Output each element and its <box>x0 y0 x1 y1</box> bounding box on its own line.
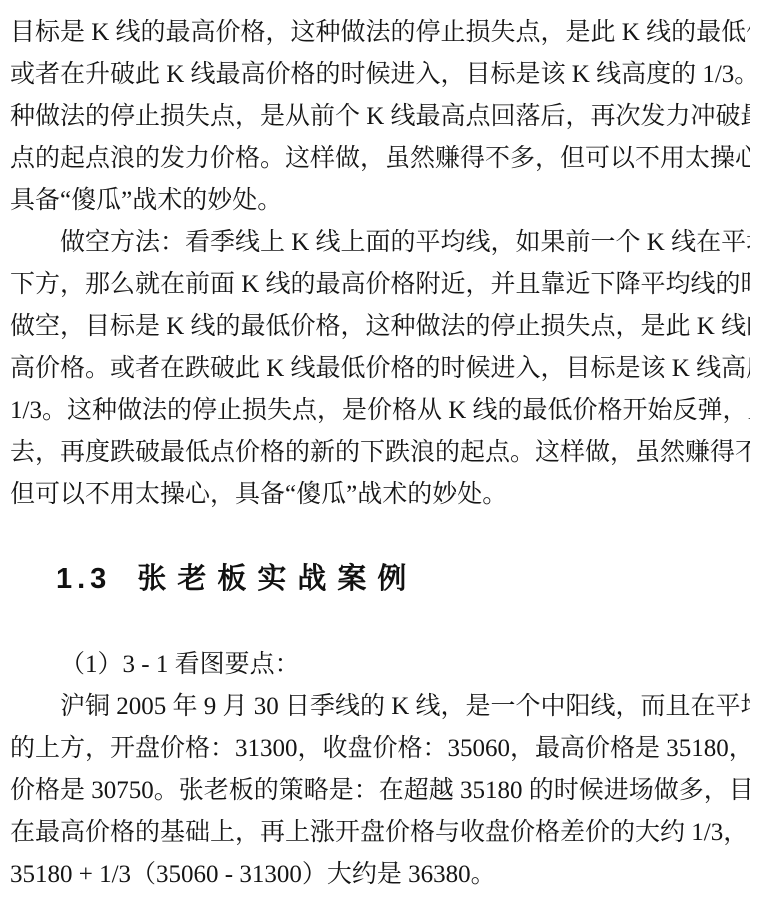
text-line: 去，再度跌破最低点价格的新的下跌浪的起点。这样做，虽然赚得不多， <box>10 432 750 474</box>
text-line: 但可以不用太操心，具备“傻瓜”战术的妙处。 <box>10 474 750 516</box>
text-line: 1/3。这种做法的停止损失点，是价格从 K 线的最低价格开始反弹，上不 <box>10 390 750 432</box>
text-line: 35180 + 1/3（35060 - 31300）大约是 36380。 <box>10 854 750 896</box>
text-line: 在最高价格的基础上，再上涨开盘价格与收盘价格差价的大约 1/3，即： <box>10 812 750 854</box>
text-line: 高价格。或者在跌破此 K 线最低价格的时候进入，目标是该 K 线高度的 <box>10 348 750 390</box>
text-line: 做空，目标是 K 线的最低价格，这种做法的停止损失点，是此 K 线的最 <box>10 306 750 348</box>
section-number: 1.3 <box>56 563 111 595</box>
paragraph-case-detail: 沪铜 2005 年 9 月 30 日季线的 K 线，是一个中阳线，而且在平均线的… <box>10 686 750 896</box>
text-line: 做空方法：看季线上 K 线上面的平均线，如果前一个 K 线在平均线 <box>10 222 750 264</box>
text-line: 价格是 30750。张老板的策略是：在超越 35180 的时候进场做多，目标是 <box>10 770 750 812</box>
text-line: 目标是 K 线的最高价格，这种做法的停止损失点，是此 K 线的最低价格。 <box>10 12 750 54</box>
text-line: 具备“傻瓜”战术的妙处。 <box>10 180 750 222</box>
text-line: 点的起点浪的发力价格。这样做，虽然赚得不多，但可以不用太操心， <box>10 138 750 180</box>
book-page: 目标是 K 线的最高价格，这种做法的停止损失点，是此 K 线的最低价格。或者在升… <box>0 0 758 898</box>
section-title: 张老板实战案例 <box>137 563 417 595</box>
case-item-label: （1）3 - 1 看图要点： <box>10 644 750 686</box>
text-line: 的上方，开盘价格：31300，收盘价格：35060，最高价格是 35180，最低 <box>10 728 750 770</box>
text-line: 或者在升破此 K 线最高价格的时候进入，目标是该 K 线高度的 1/3。这 <box>10 54 750 96</box>
paragraph-short-method: 做空方法：看季线上 K 线上面的平均线，如果前一个 K 线在平均线下方，那么就在… <box>10 222 750 516</box>
text-line: 下方，那么就在前面 K 线的最高价格附近，并且靠近下降平均线的时候 <box>10 264 750 306</box>
paragraph-long-method-continuation: 目标是 K 线的最高价格，这种做法的停止损失点，是此 K 线的最低价格。或者在升… <box>10 12 750 222</box>
section-heading: 1.3张老板实战案例 <box>56 560 750 598</box>
text-line: 种做法的停止损失点，是从前个 K 线最高点回落后，再次发力冲破最高 <box>10 96 750 138</box>
text-line: 沪铜 2005 年 9 月 30 日季线的 K 线，是一个中阳线，而且在平均线 <box>10 686 750 728</box>
